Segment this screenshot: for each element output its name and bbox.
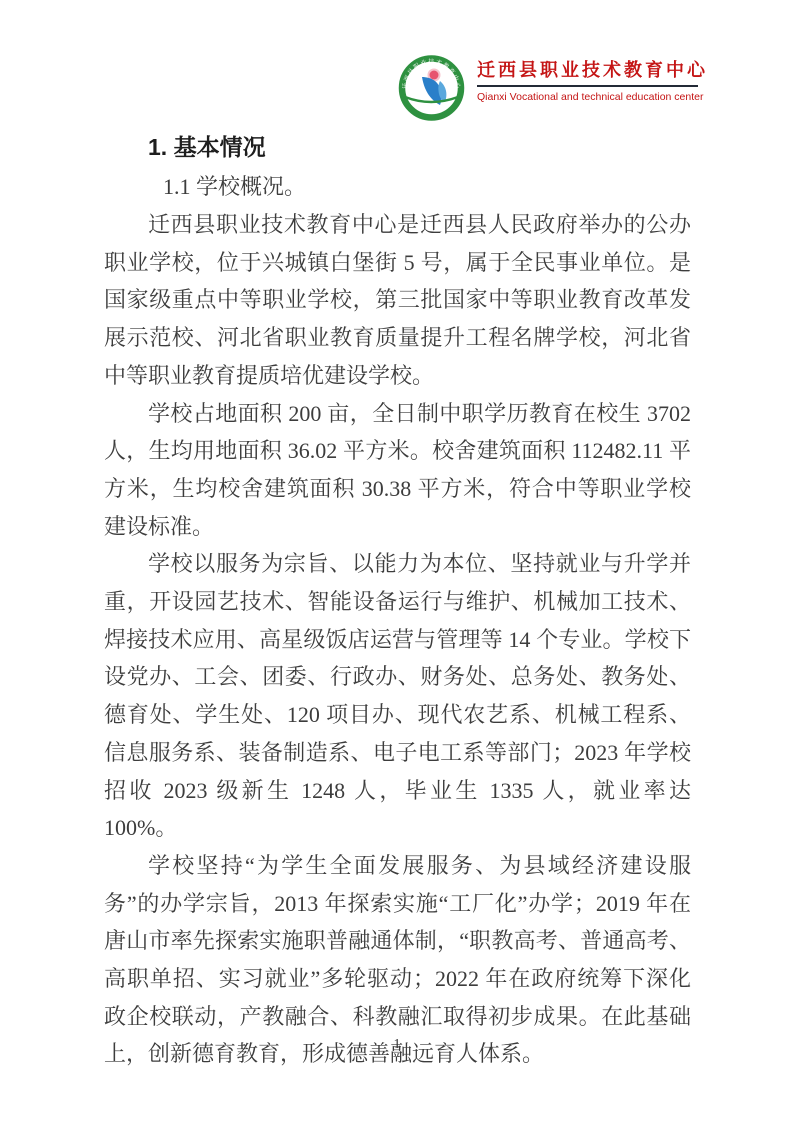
header-title-block: 迁西县职业技术教育中心 Qianxi Vocational and techni…: [477, 57, 698, 103]
document-page: 迁西县职业技术教育中心 迁西县职业技术教育中心 Qianxi Vocationa…: [0, 0, 794, 1123]
body-paragraph: 学校以服务为宗旨、以能力为本位、坚持就业与升学并重，开设园艺技术、智能设备运行与…: [104, 545, 691, 847]
school-logo-icon: 迁西县职业技术教育中心: [397, 55, 467, 123]
header-title-zh: 迁西县职业技术教育中心: [477, 57, 698, 83]
section-subheading: 1.1 学校概况。: [163, 167, 691, 206]
document-body: 1. 基本情况 1.1 学校概况。 迁西县职业技术教育中心是迁西县人民政府举办的…: [104, 128, 691, 1073]
body-paragraph: 学校占地面积 200 亩，全日制中职学历教育在校生 3702 人，生均用地面积 …: [104, 395, 691, 546]
header-divider: [477, 85, 698, 87]
page-number: 1: [0, 1037, 794, 1053]
header-title-en: Qianxi Vocational and technical educatio…: [477, 91, 698, 103]
body-paragraph: 迁西县职业技术教育中心是迁西县人民政府举办的公办职业学校，位于兴城镇白堡街 5 …: [104, 206, 691, 395]
section-heading: 1. 基本情况: [148, 128, 691, 167]
logo-sun-icon: [430, 71, 439, 80]
